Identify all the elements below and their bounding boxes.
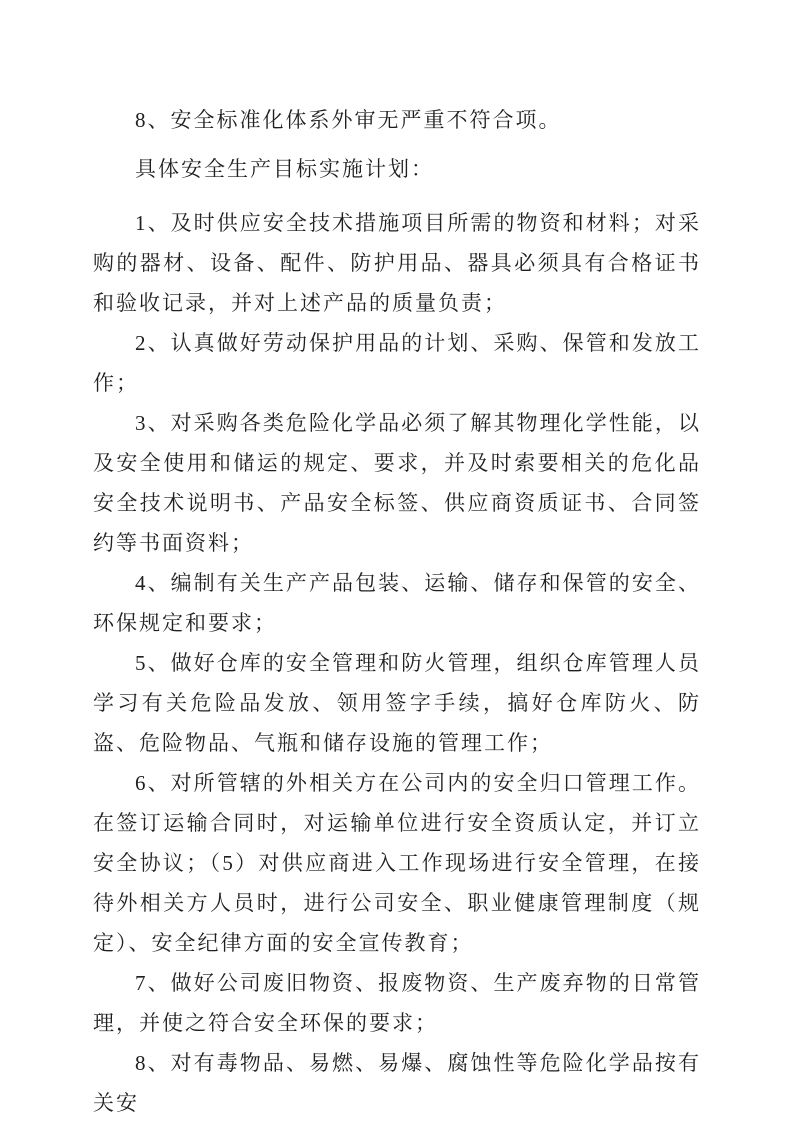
plan-item-8-truncated: 8、对有毒物品、易燃、易爆、腐蚀性等危险化学品按有关安	[93, 1043, 701, 1122]
plan-item-1: 1、及时供应安全技术措施项目所需的物资和材料；对采购的器材、设备、配件、防护用品…	[93, 203, 701, 323]
plan-item-3: 3、对采购各类危险化学品必须了解其物理化学性能，以及安全使用和储运的规定、要求，…	[93, 403, 701, 563]
document-content: 8、安全标准化体系外审无严重不符合项。 具体安全生产目标实施计划： 1、及时供应…	[93, 100, 701, 1122]
plan-item-4: 4、编制有关生产产品包装、运输、储存和保管的安全、环保规定和要求；	[93, 563, 701, 643]
paragraph-audit-item: 8、安全标准化体系外审无严重不符合项。	[93, 100, 701, 140]
plan-item-2: 2、认真做好劳动保护用品的计划、采购、保管和发放工作；	[93, 323, 701, 403]
document-page: 8、安全标准化体系外审无严重不符合项。 具体安全生产目标实施计划： 1、及时供应…	[0, 0, 793, 1122]
plan-item-5: 5、做好仓库的安全管理和防火管理，组织仓库管理人员学习有关危险品发放、领用签字手…	[93, 643, 701, 763]
section-heading: 具体安全生产目标实施计划：	[93, 149, 701, 189]
plan-item-6: 6、对所管辖的外相关方在公司内的安全归口管理工作。在签订运输合同时，对运输单位进…	[93, 763, 701, 963]
plan-item-7: 7、做好公司废旧物资、报废物资、生产废弃物的日常管理，并使之符合安全环保的要求；	[93, 963, 701, 1043]
